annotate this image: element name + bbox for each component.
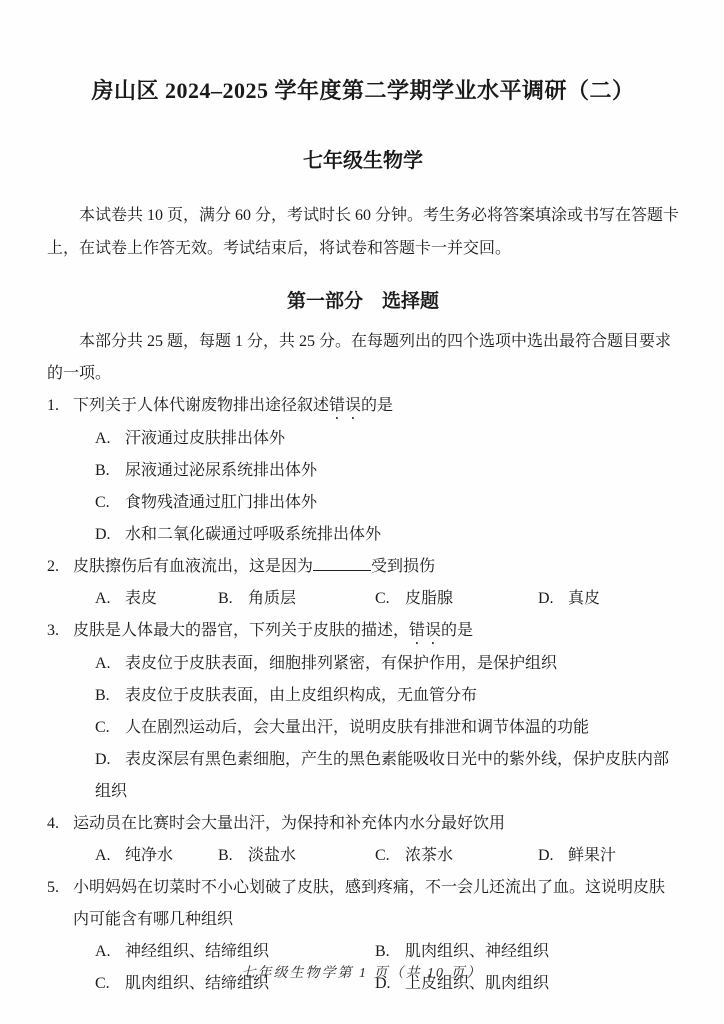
option-label: A. (95, 583, 125, 615)
stem-text-after: 的是 (361, 397, 393, 414)
option-b: B.表皮位于皮肤表面，由上皮组织构成，无血管分布 (95, 680, 679, 712)
option-d: D.真皮 (538, 583, 600, 615)
question-2-stem: 2.皮肤擦伤后有血液流出，这是因为受到损伤 (47, 551, 679, 583)
option-d: D.表皮深层有黑色素细胞，产生的黑色素能吸收日光中的紫外线，保护皮肤内部组织 (95, 744, 679, 808)
stem-text: 小明妈妈在切菜时不小心划破了皮肤，感到疼痛，不一会儿还流出了血。这说明皮肤内可能… (73, 879, 665, 928)
question-4: 4.运动员在比赛时会大量出汗，为保持和补充体内水分最好饮用 A.纯净水 B.淡盐… (47, 808, 679, 872)
option-b: B.尿液通过泌尿系统排出体外 (95, 455, 679, 487)
exam-subject: 七年级生物学 (47, 148, 679, 174)
question-3: 3.皮肤是人体最大的器官，下列关于皮肤的描述，错误的是 A.表皮位于皮肤表面，细… (47, 615, 679, 808)
option-text: 淡盐水 (248, 847, 296, 864)
question-2: 2.皮肤擦伤后有血液流出，这是因为受到损伤 A.表皮 B.角质层 C.皮脂腺 D… (47, 551, 679, 615)
section-note: 本部分共 25 题，每题 1 分，共 25 分。在每题列出的四个选项中选出最符合… (47, 326, 679, 390)
option-d: D.水和二氧化碳通过呼吸系统排出体外 (95, 519, 679, 551)
option-text: 纯净水 (125, 847, 173, 864)
question-number: 5. (47, 872, 73, 904)
page-footer: 七年级生物学第 1 页（共 10 页） (0, 962, 724, 982)
question-3-options: A.表皮位于皮肤表面，细胞排列紧密，有保护作用，是保护组织 B.表皮位于皮肤表面… (95, 648, 679, 808)
option-text: 肌肉组织、神经组织 (405, 943, 549, 960)
option-d: D.鲜果汁 (538, 840, 616, 872)
option-text: 人在剧烈运动后，会大量出汗，说明皮肤有排泄和调节体温的功能 (125, 719, 589, 736)
question-number: 3. (47, 615, 73, 647)
option-label: A. (95, 840, 125, 872)
option-c: C.浓茶水 (375, 840, 538, 872)
answer-blank (313, 557, 371, 571)
stem-emphasis: 错误 (329, 397, 361, 414)
option-text: 角质层 (248, 590, 296, 607)
stem-emphasis: 错误 (409, 622, 441, 639)
option-a: A.汗液通过皮肤排出体外 (95, 423, 679, 455)
option-c: C.皮脂腺 (375, 583, 538, 615)
option-a: A.表皮 (95, 583, 218, 615)
option-text: 水和二氧化碳通过呼吸系统排出体外 (125, 526, 381, 543)
stem-text: 下列关于人体代谢废物排出途径叙述 (73, 397, 329, 414)
option-c: C.人在剧烈运动后，会大量出汗，说明皮肤有排泄和调节体温的功能 (95, 712, 679, 744)
exam-title: 房山区 2024–2025 学年度第二学期学业水平调研（二） (47, 76, 679, 106)
stem-text-after: 的是 (441, 622, 473, 639)
question-2-options: A.表皮 B.角质层 C.皮脂腺 D.真皮 (95, 583, 679, 615)
question-1-options: A.汗液通过皮肤排出体外 B.尿液通过泌尿系统排出体外 C.食物残渣通过肛门排出… (95, 423, 679, 551)
option-label: B. (218, 583, 248, 615)
question-5-stem: 5.小明妈妈在切菜时不小心划破了皮肤，感到疼痛，不一会儿还流出了血。这说明皮肤内… (47, 872, 679, 936)
option-label: B. (218, 840, 248, 872)
option-label: A. (95, 423, 125, 455)
section-title: 第一部分 选择题 (47, 289, 679, 315)
question-number: 4. (47, 808, 73, 840)
option-b: B.淡盐水 (218, 840, 375, 872)
option-label: B. (95, 680, 125, 712)
stem-text: 皮肤是人体最大的器官，下列关于皮肤的描述， (73, 622, 409, 639)
option-label: C. (95, 487, 125, 519)
option-label: C. (375, 583, 405, 615)
stem-text: 运动员在比赛时会大量出汗，为保持和补充体内水分最好饮用 (73, 815, 505, 832)
option-label: D. (538, 840, 568, 872)
option-label: D. (95, 744, 125, 776)
question-1: 1.下列关于人体代谢废物排出途径叙述错误的是 A.汗液通过皮肤排出体外 B.尿液… (47, 390, 679, 551)
question-4-options: A.纯净水 B.淡盐水 C.浓茶水 D.鲜果汁 (95, 840, 679, 872)
option-label: A. (95, 648, 125, 680)
option-label: B. (95, 455, 125, 487)
exam-instructions: 本试卷共 10 页，满分 60 分，考试时长 60 分钟。考生务必将答案填涂或书… (47, 199, 679, 265)
exam-page: 房山区 2024–2025 学年度第二学期学业水平调研（二） 七年级生物学 本试… (0, 0, 724, 1024)
option-text: 表皮位于皮肤表面，由上皮组织构成，无血管分布 (125, 687, 477, 704)
option-text: 尿液通过泌尿系统排出体外 (125, 462, 317, 479)
question-3-stem: 3.皮肤是人体最大的器官，下列关于皮肤的描述，错误的是 (47, 615, 679, 648)
option-label: C. (375, 840, 405, 872)
option-label: C. (95, 712, 125, 744)
option-text: 鲜果汁 (568, 847, 616, 864)
option-text: 表皮深层有黑色素细胞，产生的黑色素能吸收日光中的紫外线，保护皮肤内部组织 (95, 751, 669, 800)
option-text: 表皮 (125, 590, 157, 607)
option-a: A.表皮位于皮肤表面，细胞排列紧密，有保护作用，是保护组织 (95, 648, 679, 680)
option-text: 汗液通过皮肤排出体外 (125, 430, 285, 447)
stem-text: 皮肤擦伤后有血液流出，这是因为 (73, 558, 313, 575)
question-number: 1. (47, 390, 73, 422)
option-a: A.纯净水 (95, 840, 218, 872)
option-text: 神经组织、结缔组织 (125, 943, 269, 960)
option-label: D. (95, 519, 125, 551)
question-1-stem: 1.下列关于人体代谢废物排出途径叙述错误的是 (47, 390, 679, 423)
option-text: 食物残渣通过肛门排出体外 (125, 494, 317, 511)
question-4-stem: 4.运动员在比赛时会大量出汗，为保持和补充体内水分最好饮用 (47, 808, 679, 840)
question-number: 2. (47, 551, 73, 583)
option-text: 浓茶水 (405, 847, 453, 864)
option-text: 真皮 (568, 590, 600, 607)
option-c: C.食物残渣通过肛门排出体外 (95, 487, 679, 519)
option-text: 皮脂腺 (405, 590, 453, 607)
option-text: 表皮位于皮肤表面，细胞排列紧密，有保护作用，是保护组织 (125, 655, 557, 672)
stem-text-after: 受到损伤 (371, 558, 435, 575)
option-label: D. (538, 583, 568, 615)
option-b: B.角质层 (218, 583, 375, 615)
